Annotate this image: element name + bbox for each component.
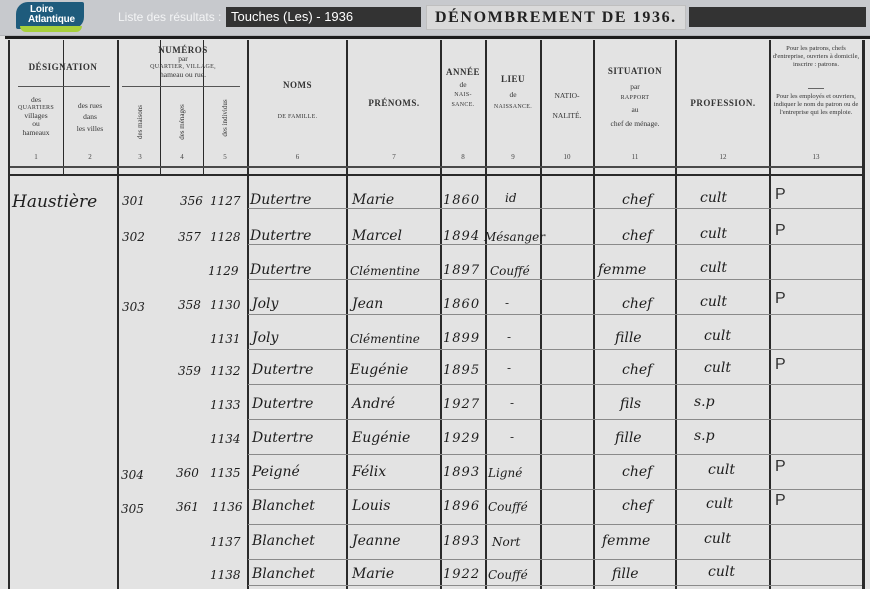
cell-nom: Joly (252, 329, 278, 347)
cell-menage: 357 (178, 228, 201, 246)
cell-individu: 1133 (210, 396, 241, 414)
cell-lieu: id (505, 189, 517, 207)
cell-nom: Joly (252, 295, 278, 313)
cell-annee: 1894 (443, 228, 480, 246)
cell-annee: 1860 (443, 192, 480, 210)
cell-situation: fils (620, 395, 641, 413)
cell-patron: P (775, 492, 786, 510)
cell-profession: cult (700, 259, 727, 277)
cell-nom: Blanchet (252, 532, 315, 550)
header-separator (10, 174, 862, 176)
cell-menage: 358 (178, 296, 201, 314)
page-title-banner: DÉNOMBREMENT DE 1936. (426, 5, 686, 30)
cell-situation: fille (615, 329, 642, 347)
cell-annee: 1896 (443, 498, 480, 516)
cell-individu: 1135 (210, 464, 241, 482)
census-document-viewer[interactable]: DÉSIGNATION des QUARTIERS villages ou ha… (0, 36, 870, 589)
cell-prenom: Marie (352, 191, 394, 209)
cell-lieu: - (507, 359, 511, 377)
row-rule (248, 524, 862, 525)
cell-annee: 1893 (443, 464, 480, 482)
viewer-toolbar[interactable] (689, 7, 866, 27)
cell-nom: Dutertre (252, 429, 313, 447)
cell-profession: s.p (694, 393, 715, 411)
cell-prenom: Marcel (352, 227, 402, 245)
cell-prenom: Clémentine (350, 330, 420, 348)
cell-annee: 1893 (443, 533, 480, 551)
cell-situation: chef (622, 295, 652, 313)
cell-profession: cult (708, 461, 735, 479)
cell-nom: Blanchet (252, 565, 315, 583)
cell-prenom: André (352, 395, 395, 413)
cell-individu: 1138 (210, 566, 241, 584)
cell-lieu: - (510, 428, 514, 446)
results-list-selector[interactable]: Touches (Les) - 1936 (226, 7, 421, 27)
cell-prenom: Marie (352, 565, 394, 583)
header-numeros: NUMÉROS par QUARTIER, VILLAGE, hameau ou… (120, 45, 246, 79)
cell-profession: cult (700, 189, 727, 207)
top-bar: Loire Atlantique Liste des résultats : T… (0, 0, 870, 36)
col-num-11: 11 (595, 153, 675, 161)
cell-maison: 302 (122, 228, 145, 246)
col-num-5: 5 (205, 153, 245, 161)
row-rule (248, 384, 862, 385)
row-rule (248, 279, 862, 280)
col-border-right (862, 40, 865, 589)
cell-profession: cult (706, 495, 733, 513)
cell-lieu: Couffé (488, 566, 528, 584)
cell-annee: 1897 (443, 262, 480, 280)
row-rule (248, 559, 862, 560)
col-num-9: 9 (487, 153, 539, 161)
cell-nom: Dutertre (252, 395, 313, 413)
cell-lieu: Couffé (488, 498, 528, 516)
cell-lieu: Mésanger (484, 228, 545, 246)
cell-nom: Dutertre (250, 227, 311, 245)
col-num-7: 7 (349, 153, 439, 161)
cell-situation: chef (622, 191, 652, 209)
cell-individu: 1132 (210, 362, 241, 380)
cell-individu: 1128 (210, 228, 241, 246)
cell-individu: 1127 (210, 192, 241, 210)
col-num-3: 3 (120, 153, 160, 161)
cell-prenom: Jeanne (352, 532, 401, 550)
cell-annee: 1927 (443, 396, 480, 414)
cell-lieu: Ligné (488, 464, 522, 482)
cell-nom: Peigné (252, 463, 300, 481)
cell-profession: cult (704, 327, 731, 345)
row-rule (248, 349, 862, 350)
cell-situation: femme (602, 532, 650, 550)
cell-profession: cult (704, 359, 731, 377)
row-rule (248, 244, 862, 245)
cell-lieu: - (510, 394, 514, 412)
header-patron-note: Pour les patrons, chefs d'entreprise, ou… (772, 45, 860, 69)
cell-prenom: Clémentine (350, 262, 420, 280)
col-num-6: 6 (250, 153, 345, 161)
header-designation: DÉSIGNATION (12, 62, 114, 72)
cell-maison: 301 (122, 192, 145, 210)
cell-menage: 360 (176, 464, 199, 482)
col-border-2-3 (117, 40, 119, 589)
header-menages: des ménages (178, 92, 186, 152)
cell-prenom: Jean (352, 295, 383, 313)
cell-individu: 1129 (208, 262, 239, 280)
quartier-name: Haustière (12, 193, 97, 211)
cell-situation: chef (622, 497, 652, 515)
header-annee: ANNÉE de NAIS- SANCE. (442, 65, 484, 111)
cell-prenom: Eugénie (352, 429, 410, 447)
cell-patron: P (775, 290, 786, 308)
col-num-2: 2 (64, 153, 116, 161)
cell-profession: cult (700, 225, 727, 243)
numeros-brace (122, 86, 240, 87)
results-list-label: Liste des résultats : (118, 10, 221, 24)
cell-individu: 1137 (210, 533, 241, 551)
header-lieu: LIEU de NAISSANCE. (487, 71, 539, 114)
cell-nom: Dutertre (250, 261, 311, 279)
cell-nom: Dutertre (252, 361, 313, 379)
cell-nom: Dutertre (250, 191, 311, 209)
cell-menage: 359 (178, 362, 201, 380)
cell-patron: P (775, 186, 786, 204)
row-rule (248, 585, 862, 586)
cell-profession: cult (708, 563, 735, 581)
header-individus: des individus (221, 88, 229, 148)
cell-lieu: - (505, 294, 509, 312)
logo-swoosh-icon (20, 26, 82, 32)
cell-maison: 304 (121, 466, 144, 484)
header-bottom-rule (10, 166, 862, 168)
row-rule (248, 314, 862, 315)
header-prenoms: PRÉNOMS. (349, 98, 439, 108)
cell-situation: femme (598, 261, 646, 279)
document-top-border (5, 36, 870, 39)
header-quartiers: des QUARTIERS villages ou hameaux (10, 96, 62, 137)
header-employe-note: Pour les employés et ouvriers, indiquer … (772, 93, 860, 117)
cell-profession: s.p (694, 427, 715, 445)
header-maisons: des maisons (136, 92, 144, 152)
header-nationalite: NATIO- NALITÉ. (542, 86, 592, 125)
cell-nom: Blanchet (252, 497, 315, 515)
row-rule (248, 489, 862, 490)
cell-profession: cult (700, 293, 727, 311)
header-de-famille: DE FAMILLE. (250, 114, 345, 121)
cell-patron: P (775, 356, 786, 374)
cell-prenom: Louis (352, 497, 390, 515)
note-divider (808, 88, 824, 89)
col-num-1: 1 (10, 153, 62, 161)
header-rues: des rues dans les villes (64, 100, 116, 134)
cell-individu: 1134 (210, 430, 241, 448)
cell-individu: 1136 (212, 498, 243, 516)
row-rule (248, 454, 862, 455)
cell-individu: 1130 (210, 296, 241, 314)
cell-lieu: - (507, 328, 511, 346)
cell-annee: 1899 (443, 330, 480, 348)
page-title: DÉNOMBREMENT DE 1936. (435, 9, 677, 27)
cell-situation: chef (622, 463, 652, 481)
col-num-12: 12 (677, 153, 769, 161)
col-num-8: 8 (442, 153, 484, 161)
header-profession: PROFESSION. (677, 98, 769, 108)
cell-situation: fille (612, 565, 639, 583)
cell-situation: chef (622, 227, 652, 245)
cell-patron: P (775, 222, 786, 240)
cell-situation: chef (622, 361, 652, 379)
col-num-4: 4 (162, 153, 202, 161)
cell-menage: 361 (176, 498, 199, 516)
cell-situation: fille (615, 429, 642, 447)
col-num-13: 13 (772, 153, 860, 161)
cell-annee: 1860 (443, 296, 480, 314)
logo-text-line2: Atlantique (28, 15, 75, 25)
cell-annee: 1929 (443, 430, 480, 448)
header-noms: NOMS (250, 80, 345, 90)
cell-patron: P (775, 458, 786, 476)
cell-lieu: Couffé (490, 262, 530, 280)
cell-menage: 356 (180, 192, 203, 210)
header-situation: SITUATION par RAPPORT au chef de ménage. (595, 64, 675, 130)
designation-brace (18, 86, 110, 87)
cell-prenom: Félix (352, 463, 386, 481)
cell-profession: cult (704, 530, 731, 548)
cell-lieu: Nort (492, 533, 520, 551)
row-rule (248, 208, 862, 209)
cell-annee: 1895 (443, 362, 480, 380)
cell-annee: 1922 (443, 566, 480, 584)
row-rule (248, 419, 862, 420)
loire-atlantique-logo[interactable]: Loire Atlantique (16, 2, 84, 33)
cell-prenom: Eugénie (350, 361, 408, 379)
cell-individu: 1131 (210, 330, 241, 348)
col-num-10: 10 (542, 153, 592, 161)
cell-maison: 305 (121, 500, 144, 518)
cell-maison: 303 (122, 298, 145, 316)
